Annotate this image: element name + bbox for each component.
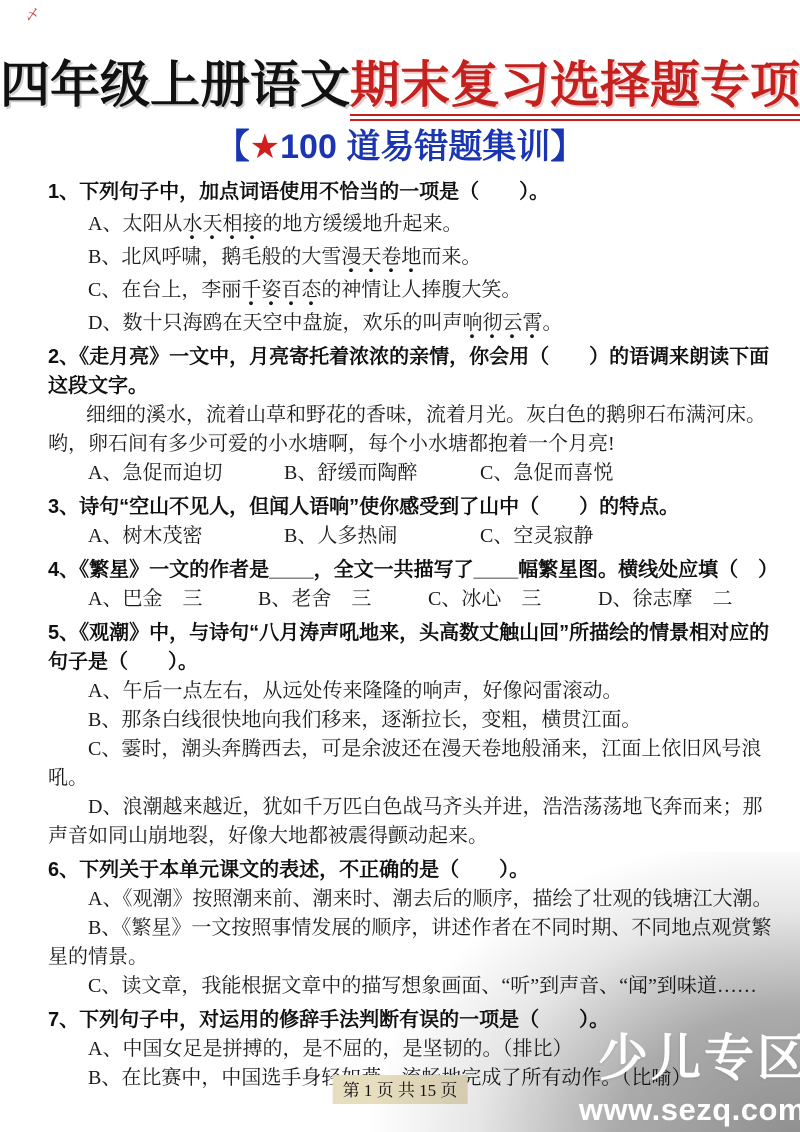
subtitle-text: 100 道易错题集训 — [280, 128, 550, 166]
question-3: 3、诗句“空山不见人，但闻人语响”使你感受到了山中（ ）的特点。 A、树木茂密 … — [48, 493, 774, 551]
question-6: 6、下列关于本单元课文的表述，不正确的是（ ）。 A、《观潮》按照潮来前、潮来时… — [48, 856, 774, 1001]
option-a: A、太阳从水天相接的地方缓缓地升起来。 — [48, 210, 774, 239]
option-c: C、霎时，潮头奔腾西去，可是余波还在漫天卷地般涌来，江面上依旧风号浪吼。 — [48, 735, 774, 793]
option-b: B、老舍 三 — [258, 585, 428, 614]
option-c: C、在台上，李丽千姿百态的神情让人捧腹大笑。 — [48, 276, 774, 305]
option-b: B、北风呼啸，鹅毛般的大雪漫天卷地而来。 — [48, 243, 774, 272]
question-stem: 4、《繁星》一文的作者是____，全文一共描写了____幅繁星图。横线处应填（ … — [48, 556, 774, 585]
option-c: C、空灵寂静 — [480, 522, 676, 551]
option-b: B、人多热闹 — [284, 522, 480, 551]
option-c: C、读文章，我能根据文章中的描写想象画面、“听”到声音、“闻”到味道…… — [48, 972, 774, 1001]
question-stem: 2、《走月亮》一文中，月亮寄托着浓浓的亲情，你会用（ ）的语调来朗读下面这段文字… — [48, 343, 774, 401]
watermark-brand: 少儿专区 — [598, 1018, 800, 1090]
option-a: A、巴金 三 — [88, 585, 258, 614]
option-c: C、冰心 三 — [428, 585, 598, 614]
option-d: D、徐志摩 二 — [598, 585, 768, 614]
option-row: A、树木茂密 B、人多热闹 C、空灵寂静 — [48, 522, 774, 551]
question-5: 5、《观潮》中，与诗句“八月涛声吼地来，头高数丈触山回”所描绘的情景相对应的句子… — [48, 619, 774, 851]
option-a: A、树木茂密 — [88, 522, 284, 551]
emphasized-word: 水天相接 — [182, 213, 262, 240]
option-row: A、急促而迫切 B、舒缓而陶醉 C、急促而喜悦 — [48, 459, 774, 488]
watermark-url: www.sezq.com — [579, 1092, 800, 1128]
question-4: 4、《繁星》一文的作者是____，全文一共描写了____幅繁星图。横线处应填（ … — [48, 556, 774, 614]
question-stem: 1、下列句子中，加点词语使用不恰当的一项是（ ）。 — [48, 178, 774, 207]
subtitle-open-bracket: 【 — [216, 128, 250, 166]
option-d: D、数十只海鸥在天空中盘旋，欢乐的叫声响彻云霄。 — [48, 309, 774, 338]
question-stem: 6、下列关于本单元课文的表述，不正确的是（ ）。 — [48, 856, 774, 885]
emphasized-word: 漫天卷地 — [341, 246, 421, 273]
option-b: B、《繁星》一文按照事情发展的顺序，讲述作者在不同时期、不同地点观赏繁星的情景。 — [48, 914, 774, 972]
star-icon: ★ — [250, 128, 280, 166]
page-title: 四年级上册语文期末复习选择题专项 — [0, 0, 800, 115]
option-a: A、午后一点左右，从远处传来隆隆的响声，好像闷雷滚动。 — [48, 677, 774, 706]
option-d: D、浪潮越来越近，犹如千万匹白色战马齐头并进，浩浩荡荡地飞奔而来；那声音如同山崩… — [48, 793, 774, 851]
option-text: B、北风呼啸，鹅毛般的大雪 — [88, 246, 341, 268]
option-text: 的神情让人捧腹大笑。 — [321, 279, 521, 301]
emphasized-word: 响彻云霄 — [462, 312, 542, 339]
title-black-part: 四年级上册语文 — [0, 57, 350, 113]
option-text: 的地方缓缓地升起来。 — [262, 213, 462, 235]
option-text: 。 — [542, 312, 562, 334]
option-text: C、在台上，李丽 — [88, 279, 241, 301]
reading-passage: 细细的溪水，流着山草和野花的香味，流着月光。灰白色的鹅卵石布满河床。哟，卵石间有… — [48, 401, 774, 459]
page-subtitle: 【★100 道易错题集训】 — [0, 129, 800, 166]
page-number-badge: 第 1 页 共 15 页 — [333, 1075, 468, 1104]
questions-area: 1、下列句子中，加点词语使用不恰当的一项是（ ）。 A、太阳从水天相接的地方缓缓… — [0, 178, 800, 1093]
option-c: C、急促而喜悦 — [480, 459, 676, 488]
question-1: 1、下列句子中，加点词语使用不恰当的一项是（ ）。 A、太阳从水天相接的地方缓缓… — [48, 178, 774, 338]
option-a: A、《观潮》按照潮来前、潮来时、潮去后的顺序，描绘了壮观的钱塘江大潮。 — [48, 885, 774, 914]
option-b: B、那条白线很快地向我们移来，逐渐拉长，变粗，横贯江面。 — [48, 706, 774, 735]
emphasized-word: 千姿百态 — [241, 279, 321, 306]
option-row: A、巴金 三 B、老舍 三 C、冰心 三 D、徐志摩 二 — [48, 585, 774, 614]
worksheet-page: 乄 四年级上册语文期末复习选择题专项 【★100 道易错题集训】 1、下列句子中… — [0, 0, 800, 1132]
option-text: D、数十只海鸥在天空中盘旋，欢乐的叫声 — [88, 312, 462, 334]
question-stem: 5、《观潮》中，与诗句“八月涛声吼地来，头高数丈触山回”所描绘的情景相对应的句子… — [48, 619, 774, 677]
question-2: 2、《走月亮》一文中，月亮寄托着浓浓的亲情，你会用（ ）的语调来朗读下面这段文字… — [48, 343, 774, 488]
option-text: A、太阳从 — [88, 213, 182, 235]
corner-mark: 乄 — [25, 3, 41, 24]
question-stem: 3、诗句“空山不见人，但闻人语响”使你感受到了山中（ ）的特点。 — [48, 493, 774, 522]
option-text: 而来。 — [421, 246, 481, 268]
subtitle-close-bracket: 】 — [550, 128, 584, 166]
option-b: B、舒缓而陶醉 — [284, 459, 480, 488]
title-red-part: 期末复习选择题专项 — [350, 57, 800, 121]
option-a: A、急促而迫切 — [88, 459, 284, 488]
